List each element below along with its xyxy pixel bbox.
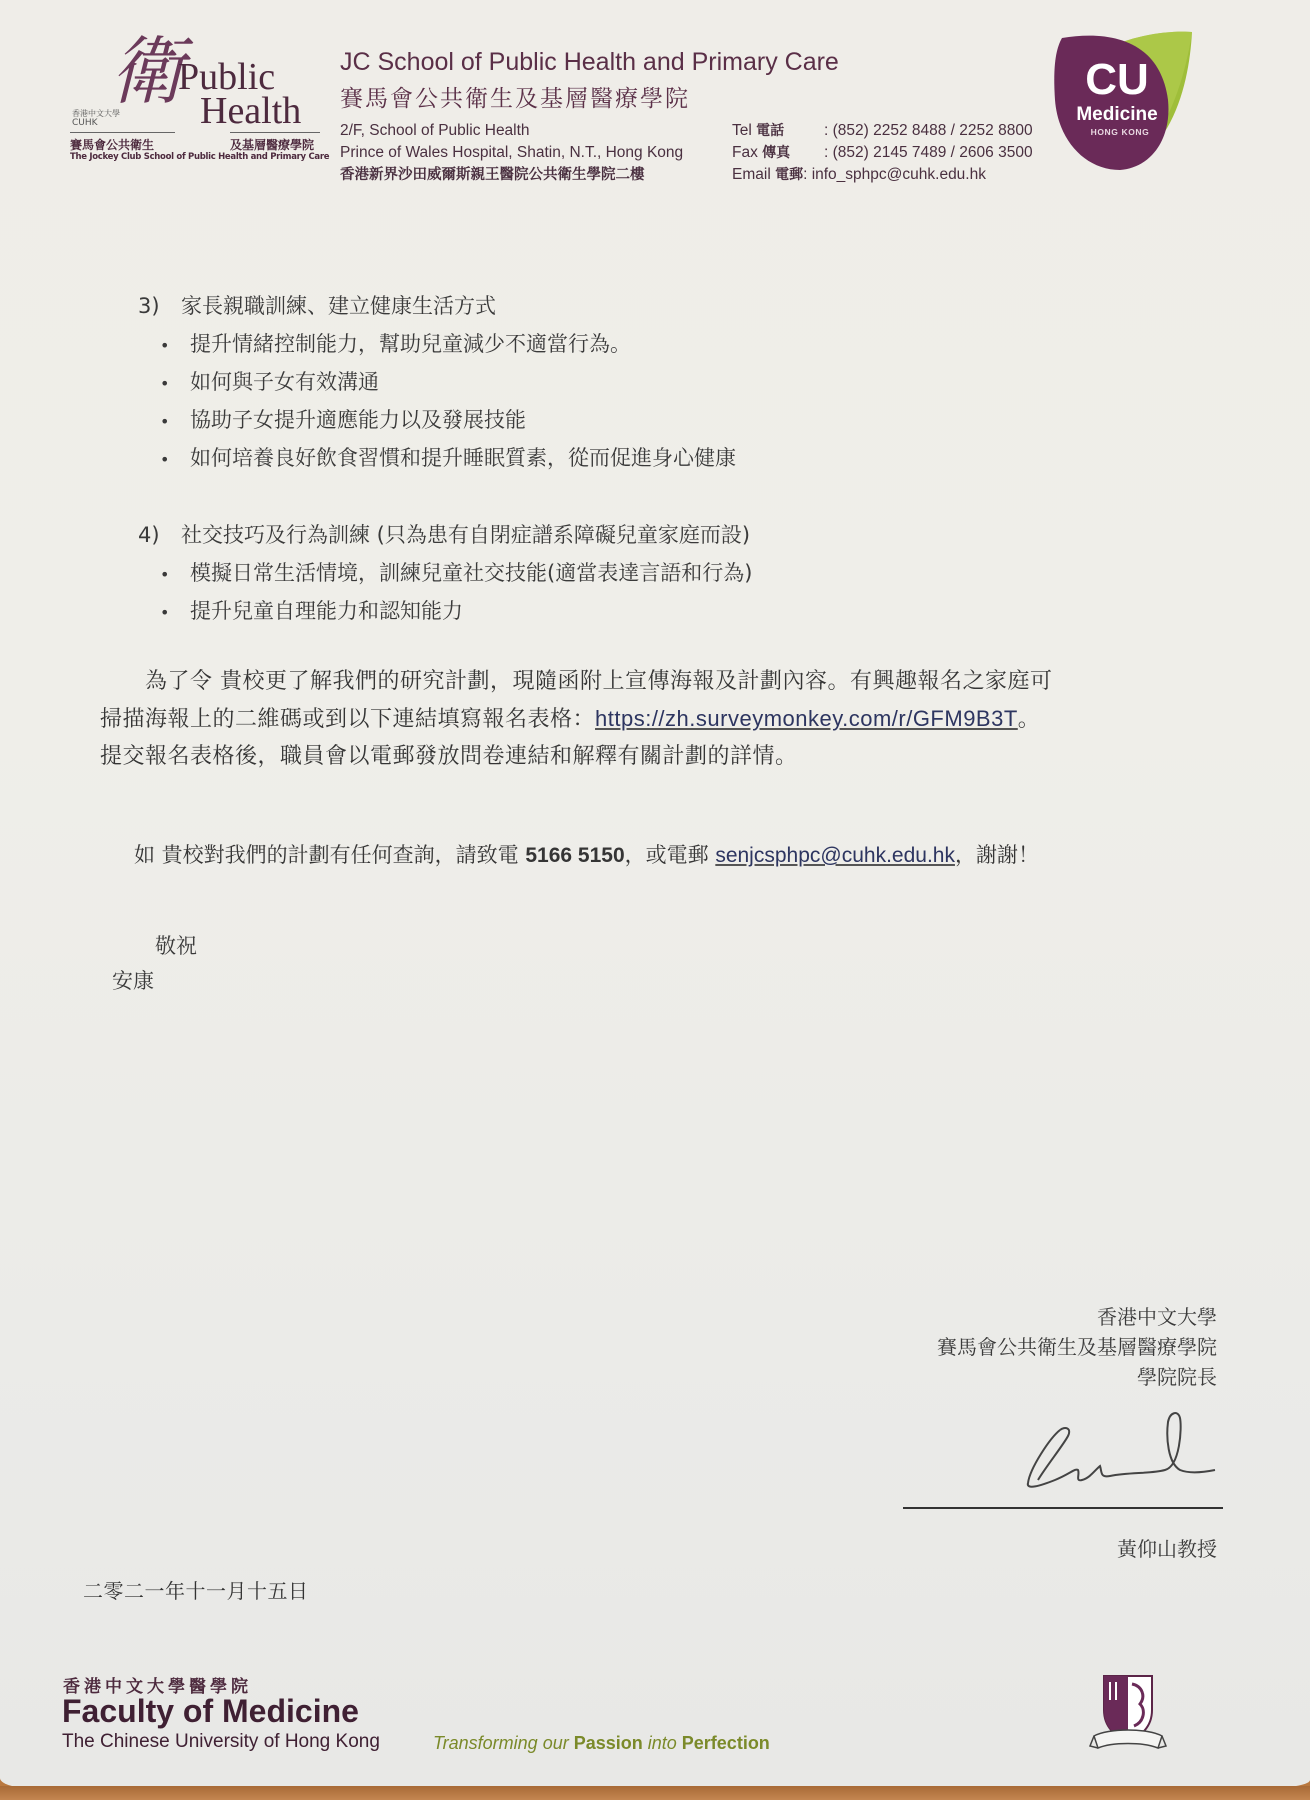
- fax-value: : (852) 2145 7489 / 2606 3500: [824, 144, 1033, 161]
- section-number: 4): [138, 523, 181, 547]
- address-line-2: Prince of Wales Hospital, Shatin, N.T., …: [340, 142, 683, 164]
- cuhk-crest-icon: [1088, 1670, 1168, 1760]
- section-4-heading: 4)社交技巧及行為訓練 (只為患有自閉症譜系障礙兒童家庭而設): [138, 519, 750, 549]
- desk-surface: [0, 1786, 1310, 1800]
- signature-line: [903, 1507, 1223, 1509]
- list-item: •如何培養良好飲食習慣和提升睡眠質素，從而促進身心健康: [160, 442, 736, 472]
- footer-university: The Chinese University of Hong Kong: [62, 1731, 380, 1753]
- contact-block: Tel 電話: (852) 2252 8488 / 2252 8800 Fax …: [732, 120, 1033, 186]
- signatory-name: 黃仰山教授: [1117, 1533, 1217, 1562]
- section-title: 社交技巧及行為訓練 (只為患有自閉症譜系障礙兒童家庭而設): [181, 523, 750, 547]
- list-item: •模擬日常生活情境，訓練兒童社交技能(適當表達言語和行為): [160, 557, 752, 587]
- public-health-logo: 衛 Public Health 香港中文大學 CUHK 賽馬會公共衛生 及基層醫…: [70, 35, 320, 170]
- registration-link[interactable]: https://zh.surveymonkey.com/r/GFM9B3T: [595, 706, 1018, 731]
- divider: [70, 132, 175, 133]
- email-label-en: Email: [732, 166, 771, 183]
- paragraph-enquiry: 如 貴校對我們的計劃有任何查詢，請致電 5166 5150，或電郵 senjcs…: [134, 837, 1039, 874]
- paragraph-line: 提交報名表格後，職員會以電郵發放問卷連結和解釋有關計劃的詳情。: [100, 738, 1053, 775]
- list-item: •提升情緒控制能力，幫助兒童減少不適當行為。: [160, 328, 631, 358]
- logo-cuhk: CUHK: [72, 118, 98, 128]
- bullet-icon: •: [160, 565, 190, 584]
- logo-en: The Jockey Club School of Public Health …: [70, 152, 329, 162]
- footer-faculty: Faculty of Medicine: [62, 1693, 359, 1730]
- cu-logo-text: CU: [1062, 58, 1172, 102]
- bullet-icon: •: [160, 412, 190, 431]
- list-item: •提升兒童自理能力和認知能力: [160, 595, 463, 625]
- signatory-title: 學院院長: [937, 1362, 1217, 1392]
- email-value[interactable]: : info_sphpc@cuhk.edu.hk: [803, 166, 986, 183]
- fax-label-cn: 傳真: [762, 145, 790, 161]
- address-line-3: 香港新界沙田威爾斯親王醫院公共衛生學院二樓: [340, 164, 683, 186]
- fax-row: Fax 傳真: (852) 2145 7489 / 2606 3500: [732, 142, 1033, 164]
- list-item: •協助子女提升適應能力以及發展技能: [160, 404, 526, 434]
- address-line-1: 2/F, School of Public Health: [340, 120, 683, 142]
- section-3-heading: 3)家長親職訓練、建立健康生活方式: [138, 290, 496, 320]
- closing-line-2: 安康: [112, 965, 154, 995]
- closing-line-1: 敬祝: [155, 930, 197, 960]
- tel-row: Tel 電話: (852) 2252 8488 / 2252 8800: [732, 120, 1033, 142]
- bullet-icon: •: [160, 603, 190, 622]
- footer-tagline: Transforming our Passion into Perfection: [433, 1733, 770, 1754]
- school-title-cn: 賽馬會公共衛生及基層醫療學院: [340, 80, 690, 113]
- logo-word-health: Health: [200, 89, 301, 133]
- fax-label-en: Fax: [732, 144, 758, 161]
- tel-label-cn: 電話: [756, 123, 784, 139]
- paragraph-line: 為了令 貴校更了解我們的研究計劃，現隨函附上宣傳海報及計劃內容。有興趣報名之家庭…: [100, 663, 1053, 700]
- logo-cn-left: 賽馬會公共衛生: [70, 136, 154, 153]
- bullet-icon: •: [160, 336, 190, 355]
- enquiry-phone: 5166 5150: [525, 844, 624, 867]
- signatory-org-1: 香港中文大學: [937, 1302, 1217, 1332]
- divider: [230, 132, 320, 133]
- cu-logo-medicine: Medicine: [1058, 104, 1176, 126]
- paragraph-line: 掃描海報上的二維碼或到以下連結填寫報名表格：https://zh.surveym…: [100, 700, 1053, 738]
- paragraph-intro: 為了令 貴校更了解我們的研究計劃，現隨函附上宣傳海報及計劃內容。有興趣報名之家庭…: [100, 663, 1053, 775]
- enquiry-email-link[interactable]: senjcsphpc@cuhk.edu.hk: [715, 844, 955, 867]
- signature-icon: [1020, 1408, 1220, 1498]
- letter-date: 二零二一年十一月十五日: [83, 1575, 309, 1604]
- section-number: 3): [138, 294, 181, 318]
- address-block: 2/F, School of Public Health Prince of W…: [340, 120, 683, 186]
- list-item: •如何與子女有效溝通: [160, 366, 379, 396]
- signatory-org-2: 賽馬會公共衛生及基層醫療學院: [937, 1332, 1217, 1362]
- logo-cn-right: 及基層醫療學院: [230, 136, 314, 153]
- email-label-cn: 電郵: [775, 167, 803, 183]
- signatory-block: 香港中文大學 賽馬會公共衛生及基層醫療學院 學院院長: [937, 1302, 1217, 1392]
- email-row: Email 電郵: info_sphpc@cuhk.edu.hk: [732, 164, 1033, 186]
- tel-label-en: Tel: [732, 122, 752, 139]
- bullet-icon: •: [160, 450, 190, 469]
- bullet-icon: •: [160, 374, 190, 393]
- letter-page: 衛 Public Health 香港中文大學 CUHK 賽馬會公共衛生 及基層醫…: [0, 0, 1310, 1788]
- school-title-en: JC School of Public Health and Primary C…: [340, 48, 839, 77]
- cu-logo-hongkong: HONG KONG: [1066, 127, 1174, 137]
- section-title: 家長親職訓練、建立健康生活方式: [181, 294, 496, 318]
- tel-value: : (852) 2252 8488 / 2252 8800: [824, 122, 1033, 139]
- calligraphy-char: 衛: [110, 35, 184, 109]
